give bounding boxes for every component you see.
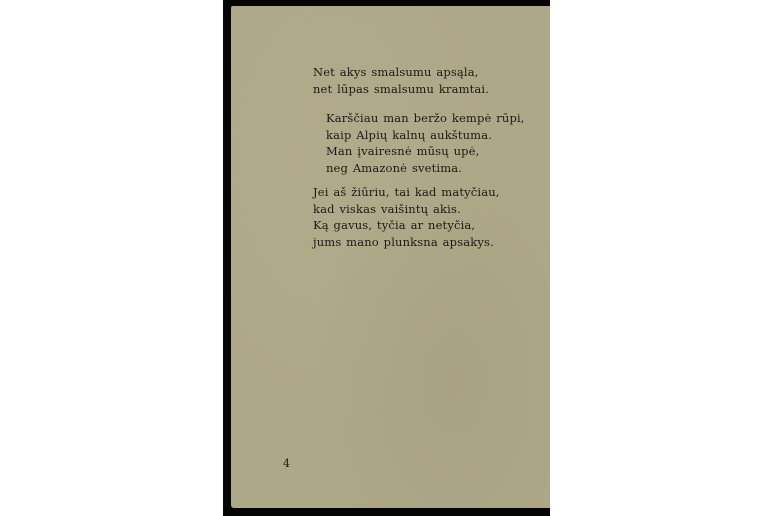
poem-line: kaip Alpių kalnų aukštuma.: [326, 127, 525, 144]
poem-line: Jei aš žiūriu, tai kad matyčiau,: [313, 184, 500, 201]
poem-line: Ką gavus, tyčia ar netyčia,: [313, 217, 500, 234]
poem-line: Karščiau man beržo kempė rūpi,: [326, 110, 525, 127]
scanned-page-frame: Net akys smalsumu apsąla, net lūpas smal…: [223, 0, 550, 516]
poem-line: neg Amazonė svetima.: [326, 160, 525, 177]
poem-line: net lūpas smalsumu kramtai.: [313, 81, 489, 98]
poem-line: jums mano plunksna apsakys.: [313, 234, 500, 251]
poem-line: kad viskas vaišintų akis.: [313, 201, 500, 218]
poem-line: Man įvairesnė mūsų upė,: [326, 143, 525, 160]
stanza-2: Karščiau man beržo kempė rūpi, kaip Alpi…: [326, 110, 525, 176]
stanza-1: Net akys smalsumu apsąla, net lūpas smal…: [313, 64, 489, 97]
page-number: 4: [283, 457, 290, 470]
book-page: Net akys smalsumu apsąla, net lūpas smal…: [231, 6, 550, 508]
poem-line: Net akys smalsumu apsąla,: [313, 64, 489, 81]
stanza-3: Jei aš žiūriu, tai kad matyčiau, kad vis…: [313, 184, 500, 250]
